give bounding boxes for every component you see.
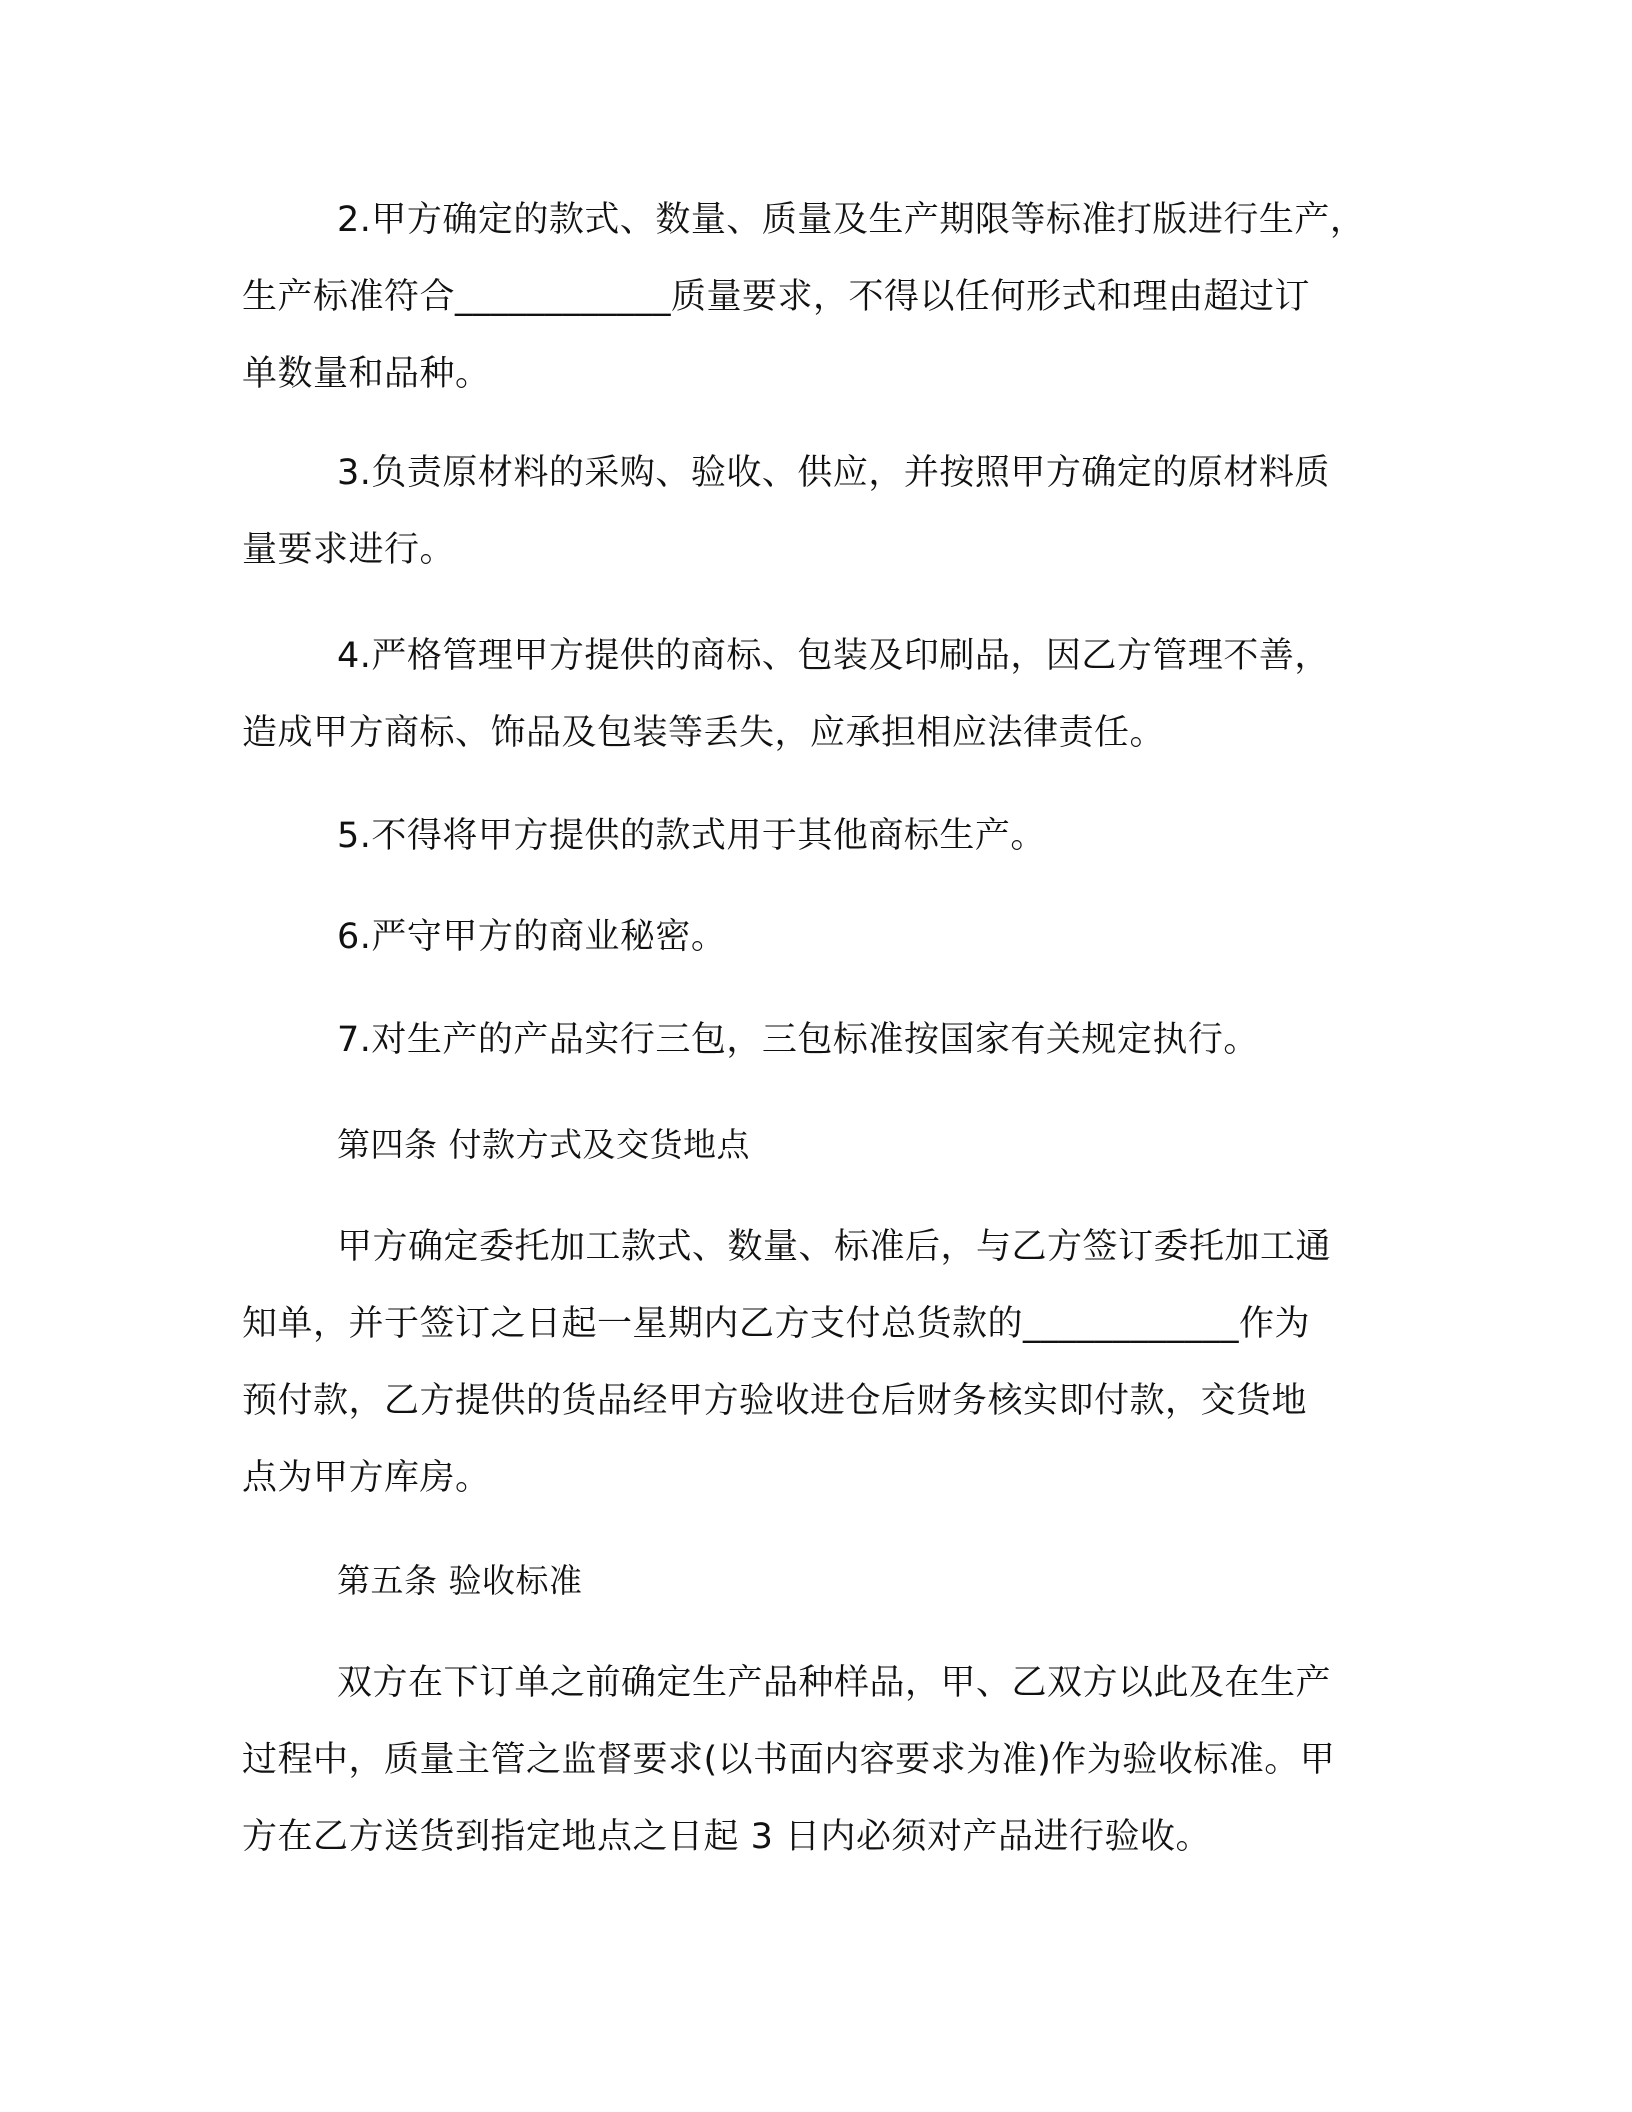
clause-item-5: 5.不得将甲方提供的款式用于其他商标生产。 — [242, 798, 1392, 875]
text-line: 6.严守甲方的商业秘密。 — [242, 899, 1392, 976]
article-4-body: 甲方确定委托加工款式、数量、标准后，与乙方签订委托加工通 知单，并于签订之日起一… — [242, 1209, 1392, 1517]
text-line: 2.甲方确定的款式、数量、质量及生产期限等标准打版进行生产， — [242, 182, 1392, 259]
text-line: 量要求进行。 — [242, 512, 1392, 589]
article-5-body: 双方在下订单之前确定生产品种样品，甲、乙双方以此及在生产 过程中，质量主管之监督… — [242, 1645, 1392, 1876]
text-line: 4.严格管理甲方提供的商标、包装及印刷品，因乙方管理不善， — [242, 618, 1392, 695]
clause-item-7: 7.对生产的产品实行三包，三包标准按国家有关规定执行。 — [242, 1002, 1392, 1079]
text-line: 5.不得将甲方提供的款式用于其他商标生产。 — [242, 798, 1392, 875]
article-4-heading: 第四条 付款方式及交货地点 — [242, 1106, 1392, 1183]
clause-item-3: 3.负责原材料的采购、验收、供应，并按照甲方确定的原材料质 量要求进行。 — [242, 435, 1392, 589]
text-line: 生产标准符合____________质量要求，不得以任何形式和理由超过订 — [242, 259, 1392, 336]
document-page: 2.甲方确定的款式、数量、质量及生产期限等标准打版进行生产， 生产标准符合___… — [0, 0, 1632, 2112]
text-line: 单数量和品种。 — [242, 336, 1392, 413]
clause-item-6: 6.严守甲方的商业秘密。 — [242, 899, 1392, 976]
section-heading: 第五条 验收标准 — [242, 1542, 1392, 1619]
text-line: 预付款，乙方提供的货品经甲方验收进仓后财务核实即付款，交货地 — [242, 1363, 1392, 1440]
article-5-heading: 第五条 验收标准 — [242, 1542, 1392, 1619]
text-line: 甲方确定委托加工款式、数量、标准后，与乙方签订委托加工通 — [242, 1209, 1392, 1286]
text-line: 点为甲方库房。 — [242, 1440, 1392, 1517]
text-line: 造成甲方商标、饰品及包装等丢失，应承担相应法律责任。 — [242, 695, 1392, 772]
text-line: 方在乙方送货到指定地点之日起 3 日内必须对产品进行验收。 — [242, 1799, 1392, 1876]
section-heading: 第四条 付款方式及交货地点 — [242, 1106, 1392, 1183]
text-line: 双方在下订单之前确定生产品种样品，甲、乙双方以此及在生产 — [242, 1645, 1392, 1722]
text-line: 过程中，质量主管之监督要求(以书面内容要求为准)作为验收标准。甲 — [242, 1722, 1392, 1799]
clause-item-4: 4.严格管理甲方提供的商标、包装及印刷品，因乙方管理不善， 造成甲方商标、饰品及… — [242, 618, 1392, 772]
clause-item-2: 2.甲方确定的款式、数量、质量及生产期限等标准打版进行生产， 生产标准符合___… — [242, 182, 1392, 413]
text-line: 7.对生产的产品实行三包，三包标准按国家有关规定执行。 — [242, 1002, 1392, 1079]
text-line: 3.负责原材料的采购、验收、供应，并按照甲方确定的原材料质 — [242, 435, 1392, 512]
text-line: 知单，并于签订之日起一星期内乙方支付总货款的____________作为 — [242, 1286, 1392, 1363]
